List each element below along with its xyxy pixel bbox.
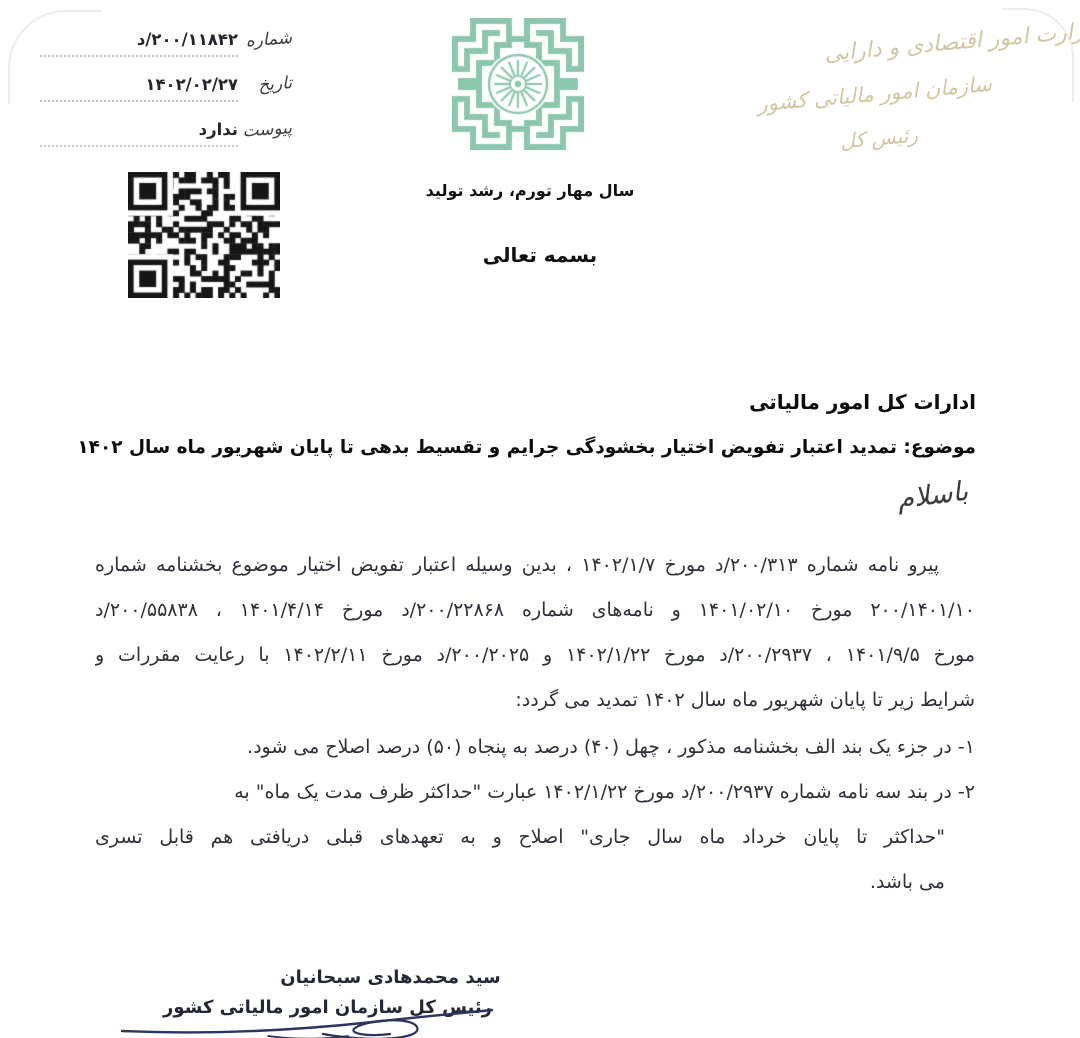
body-line-3: مورخ ۱۴۰۱/۹/۵ ، ۲۰۰/۲۹۳۷/د مورخ ۱۴۰۲/۱/۲… [95, 638, 975, 683]
list-item-2-line-1: ۲- در بند سه نامه شماره ۲۰۰/۲۹۳۷/د مورخ … [95, 775, 975, 820]
letterhead-organization-line: سازمان امور مالیاتی کشور [756, 72, 992, 116]
handwritten-signature [118, 1000, 498, 1038]
signer-name: سید محمدهادی سبحانیان [278, 967, 503, 988]
letter-number-row: شماره ۲۰۰/۱۱۸۴۲/د [40, 28, 292, 73]
letter-date-row: تاریخ ۱۴۰۲/۰۲/۲۷ [40, 73, 292, 118]
list-item-2-line-2: "حداکثر تا پایان خرداد ماه سال جاری" اصل… [95, 820, 975, 865]
recipient-heading: ادارات کل امور مالیاتی [749, 390, 976, 414]
letter-attachment-row: پیوست ندارد [40, 118, 292, 163]
salutation-handwriting: باسلام [895, 476, 969, 515]
letter-attachment-value: ندارد [40, 118, 238, 147]
letter-number-value: ۲۰۰/۱۱۸۴۲/د [40, 28, 238, 57]
qr-code [128, 172, 280, 298]
conditions-list: ۱- در جزء یک بند الف بخشنامه مذکور ، چهل… [95, 730, 975, 910]
list-item-2-line-3: می باشد. [95, 865, 975, 910]
letter-attachment-label: پیوست [237, 116, 292, 142]
letter-date-label: تاریخ [237, 71, 292, 97]
letter-date-value: ۱۴۰۲/۰۲/۲۷ [40, 73, 238, 102]
body-paragraph: پیرو نامه شماره ۲۰۰/۳۱۳/د مورخ ۱۴۰۲/۱/۷ … [95, 548, 975, 728]
scanned-letter-page: شماره ۲۰۰/۱۱۸۴۲/د تاریخ ۱۴۰۲/۰۲/۲۷ پیوست… [0, 0, 1080, 1038]
body-line-2: ۲۰۰/۱۴۰۱/۱۰ مورخ ۱۴۰۱/۰۲/۱۰ و نامه‌های ش… [95, 593, 975, 638]
letter-number-label: شماره [237, 26, 292, 52]
body-line-4: شرایط زیر تا پایان شهریور ماه سال ۱۴۰۲ ت… [95, 683, 975, 728]
body-line-1: پیرو نامه شماره ۲۰۰/۳۱۳/د مورخ ۱۴۰۲/۱/۷ … [95, 548, 975, 593]
letterhead-president-line: رئیس کل [839, 123, 919, 154]
subject-line: موضوع: تمدید اعتبار تفویض اختیار بخشودگی… [77, 437, 976, 458]
year-slogan: سال مهار تورم، رشد تولید [420, 181, 640, 200]
letter-meta-fields: شماره ۲۰۰/۱۱۸۴۲/د تاریخ ۱۴۰۲/۰۲/۲۷ پیوست… [40, 28, 292, 163]
list-item-1: ۱- در جزء یک بند الف بخشنامه مذکور ، چهل… [95, 730, 975, 775]
tax-administration-logo-icon [452, 18, 584, 150]
